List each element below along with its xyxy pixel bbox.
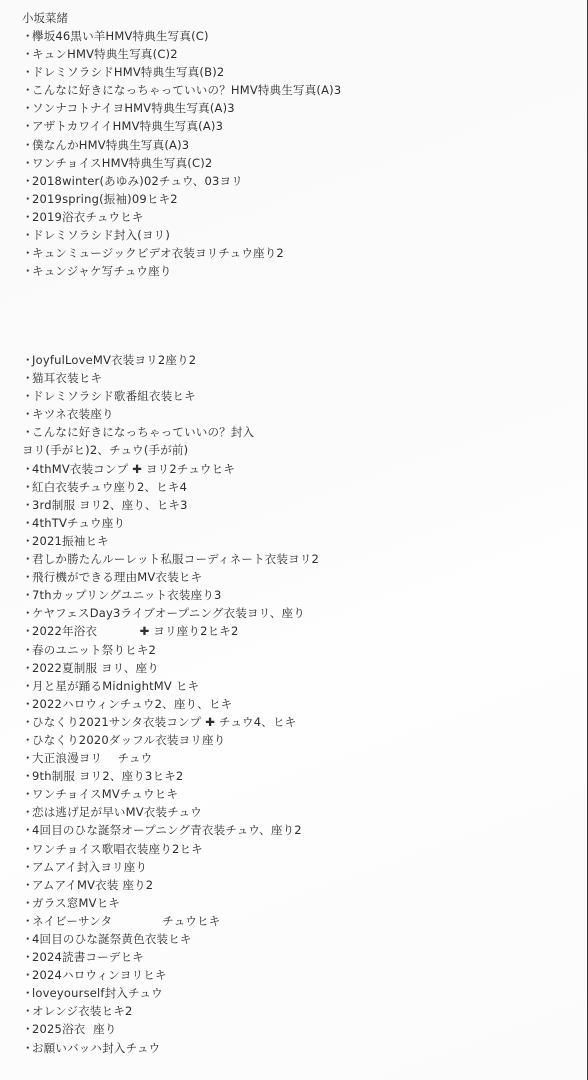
list-item: ・キツネ衣装座り	[22, 405, 319, 423]
list-item-text: アムアイ封入ヨリ座り	[32, 860, 147, 874]
list-item-text: 春のユニット祭りヒキ2	[32, 643, 156, 657]
list-item-text: オレンジ衣装ヒキ2	[32, 1004, 133, 1018]
bullet-icon: ・	[22, 858, 32, 876]
list-item: ・月と星が踊るMidnightMV ヒキ	[22, 677, 319, 695]
list-item: ・お願いバッハ封入チュウ	[22, 1039, 319, 1057]
bullet-icon: ・	[22, 460, 32, 478]
list-item: ・ドレミソラシドHMV特典生写真(B)2	[22, 63, 341, 81]
bullet-icon: ・	[22, 785, 32, 803]
list-item-text: 9th制服 ヨリ2、座り3ヒキ2	[32, 769, 183, 783]
list-item-text: 2022年浴衣 ✚ ヨリ座り2ヒキ2	[32, 624, 239, 638]
list-item: ・大正浪漫ヨリ チュウ	[22, 749, 319, 767]
list-item-text: ひなくり2021サンタ衣装コンプ ✚ チュウ4、ヒキ	[32, 715, 296, 729]
list-item: ・4回目のひな誕祭黄色衣装ヒキ	[22, 930, 319, 948]
list-item: ・4thTVチュウ座り	[22, 514, 319, 532]
list-item: ・ソンナコトナイヨHMV特典生写真(A)3	[22, 99, 341, 117]
list-item-text: 7thカップリングユニット衣装座り3	[32, 588, 222, 602]
list-item: ・2022ハロウィンチュウ2、座り、ヒキ	[22, 695, 319, 713]
bullet-icon: ・	[22, 677, 32, 695]
list-item: ・僕なんかHMV特典生写真(A)3	[22, 136, 341, 154]
list-item: ・2025浴衣 座り	[22, 1020, 319, 1038]
list-item-text: 君しか勝たんルーレット私服コーディネート衣装ヨリ2	[32, 552, 319, 566]
list-item-text: 2025浴衣 座り	[32, 1022, 117, 1036]
list-item: ・ドレミソラシド歌番組衣装ヒキ	[22, 387, 319, 405]
list-item-text: 4回目のひな誕祭黄色衣装ヒキ	[32, 932, 192, 946]
bullet-icon: ・	[22, 840, 32, 858]
list-item: ・2021振袖ヒキ	[22, 532, 319, 550]
bullet-icon: ・	[22, 1002, 32, 1020]
bullet-icon: ・	[22, 622, 32, 640]
list-item: ・loveyourself封入チュウ	[22, 984, 319, 1002]
bullet-icon: ・	[22, 172, 32, 190]
list-item: ・7thカップリングユニット衣装座り3	[22, 586, 319, 604]
list-item: ・ネイビーサンタ チュウヒキ	[22, 912, 319, 930]
list-item-text: ワンチョイスHMV特典生写真(C)2	[32, 156, 212, 170]
list-item-text: 3rd制服 ヨリ2、座り、ヒキ3	[32, 498, 188, 512]
list-item: ・2019spring(振袖)09ヒキ2	[22, 190, 341, 208]
list-item-text: ネイビーサンタ チュウヒキ	[32, 914, 220, 928]
list-item-text: ドレミソラシド封入(ヨリ)	[32, 228, 170, 242]
list-item-text: ワンチョイス歌唱衣装座り2ヒキ	[32, 842, 203, 856]
list-item-text: 2024ハロウィンヨリヒキ	[32, 968, 167, 982]
bullet-icon: ・	[22, 767, 32, 785]
list-item-text: 4thMV衣装コンプ ✚ ヨリ2チュウヒキ	[32, 462, 235, 476]
bullet-icon: ・	[22, 81, 32, 99]
list-item: ・JoyfulLoveMV衣装ヨリ2座り2	[22, 351, 319, 369]
bullet-icon: ・	[22, 387, 32, 405]
bullet-icon: ・	[22, 1039, 32, 1057]
bullet-icon: ・	[22, 1020, 32, 1038]
list-item-text: 2019浴衣チュウヒキ	[32, 210, 144, 224]
note-title: 小坂菜緒	[22, 9, 68, 27]
list-item-text: 2022ハロウィンチュウ2、座り、ヒキ	[32, 697, 232, 711]
bullet-icon: ・	[22, 586, 32, 604]
bullet-icon: ・	[22, 63, 32, 81]
bullet-icon: ・	[22, 749, 32, 767]
list-item: ・アムアイ封入ヨリ座り	[22, 858, 319, 876]
list-item-text: JoyfulLoveMV衣装ヨリ2座り2	[32, 353, 196, 367]
bullet-icon: ・	[22, 713, 32, 731]
list-item-text: 月と星が踊るMidnightMV ヒキ	[32, 679, 199, 693]
bullet-icon: ・	[22, 532, 32, 550]
list-item: ・9th制服 ヨリ2、座り3ヒキ2	[22, 767, 319, 785]
bullet-icon: ・	[22, 641, 32, 659]
bullet-icon: ・	[22, 876, 32, 894]
bullet-icon: ・	[22, 262, 32, 280]
bullet-icon: ・	[22, 695, 32, 713]
list-item-continuation: ・ヨリ(手がヒ)2、チュウ(手が前)	[22, 441, 319, 459]
list-item: ・キュンHMV特典生写真(C)2	[22, 45, 341, 63]
list-item: ・恋は逃げ足が早いMV衣装チュウ	[22, 803, 319, 821]
bullet-icon: ・	[22, 514, 32, 532]
list-item-text: ひなくり2020ダッフル衣装ヨリ座り	[32, 733, 225, 747]
list-item: ・飛行機ができる理由MV衣装ヒキ	[22, 568, 319, 586]
list-item: ・アザトカワイイHMV特典生写真(A)3	[22, 117, 341, 135]
bullet-icon: ・	[22, 948, 32, 966]
bullet-icon: ・	[22, 912, 32, 930]
list-item-text: キツネ衣装座り	[32, 407, 114, 421]
list-item: ・ひなくり2020ダッフル衣装ヨリ座り	[22, 731, 319, 749]
list-item: ・ワンチョイスMVチュウヒキ	[22, 785, 319, 803]
list-item: ・こんなに好きになっちゃっていいの？HMV特典生写真(A)3	[22, 81, 341, 99]
list-item: ・君しか勝たんルーレット私服コーディネート衣装ヨリ2	[22, 550, 319, 568]
list-block-2: ・JoyfulLoveMV衣装ヨリ2座り2・猫耳衣装ヒキ・ドレミソラシド歌番組衣…	[22, 351, 319, 1057]
list-item-text: 4thTVチュウ座り	[32, 516, 125, 530]
list-item-text: 4回目のひな誕祭オープニング青衣装チュウ、座り2	[32, 823, 302, 837]
list-item-text: こんなに好きになっちゃっていいの？HMV特典生写真(A)3	[32, 83, 341, 97]
list-item-text: 2022夏制服 ヨリ、座り	[32, 661, 159, 675]
bullet-icon: ・	[22, 208, 32, 226]
note-page: 小坂菜緒 ・欅坂46黒い羊HMV特典生写真(C) ・キュンHMV特典生写真(C)…	[0, 0, 587, 1080]
bullet-icon: ・	[22, 244, 32, 262]
list-item-text: 2018winter(あゆみ)02チュウ、03ヨリ	[32, 174, 243, 188]
list-item-text: ドレミソラシドHMV特典生写真(B)2	[32, 65, 224, 79]
bullet-icon: ・	[22, 659, 32, 677]
list-item-text: 2019spring(振袖)09ヒキ2	[32, 192, 178, 206]
bullet-icon: ・	[22, 190, 32, 208]
list-item: ・欅坂46黒い羊HMV特典生写真(C)	[22, 27, 341, 45]
bullet-icon: ・	[22, 99, 32, 117]
list-item: ・ワンチョイス歌唱衣装座り2ヒキ	[22, 840, 319, 858]
bullet-icon: ・	[22, 136, 32, 154]
list-item-text: ケヤフェスDay3ライブオープニング衣装ヨリ、座り	[32, 606, 305, 620]
list-item: ・ガラス窓MVヒキ	[22, 894, 319, 912]
list-item: ・2024読書コーデヒキ	[22, 948, 319, 966]
list-item-text: 2024読書コーデヒキ	[32, 950, 144, 964]
list-item-text: loveyourself封入チュウ	[32, 986, 163, 1000]
list-item: ・2019浴衣チュウヒキ	[22, 208, 341, 226]
bullet-icon: ・	[22, 405, 32, 423]
bullet-icon: ・	[22, 117, 32, 135]
list-item: ・アムアイMV衣装 座り2	[22, 876, 319, 894]
bullet-icon: ・	[22, 821, 32, 839]
list-item-text: 2021振袖ヒキ	[32, 534, 109, 548]
list-item-text: こんなに好きになっちゃっていいの？封入	[32, 425, 254, 439]
list-item-text: ガラス窓MVヒキ	[32, 896, 120, 910]
bullet-icon: ・	[22, 803, 32, 821]
bullet-icon: ・	[22, 154, 32, 172]
list-item-text: キュンHMV特典生写真(C)2	[32, 47, 178, 61]
list-item-text: 僕なんかHMV特典生写真(A)3	[32, 138, 189, 152]
list-item-text: ヨリ(手がヒ)2、チュウ(手が前)	[22, 443, 188, 457]
bullet-icon: ・	[22, 27, 32, 45]
list-item: ・ワンチョイスHMV特典生写真(C)2	[22, 154, 341, 172]
list-item: ・猫耳衣装ヒキ	[22, 369, 319, 387]
bullet-icon: ・	[22, 731, 32, 749]
bullet-icon: ・	[22, 550, 32, 568]
list-item: ・キュンジャケ写チュウ座り	[22, 262, 341, 280]
list-item: ・4thMV衣装コンプ ✚ ヨリ2チュウヒキ	[22, 460, 319, 478]
list-item-text: アムアイMV衣装 座り2	[32, 878, 153, 892]
list-item-text: 飛行機ができる理由MV衣装ヒキ	[32, 570, 202, 584]
list-item-text: 欅坂46黒い羊HMV特典生写真(C)	[32, 29, 209, 43]
bullet-icon: ・	[22, 984, 32, 1002]
list-item: ・4回目のひな誕祭オープニング青衣装チュウ、座り2	[22, 821, 319, 839]
list-item-text: ワンチョイスMVチュウヒキ	[32, 787, 178, 801]
list-block-1: ・欅坂46黒い羊HMV特典生写真(C) ・キュンHMV特典生写真(C)2 ・ドレ…	[22, 27, 341, 280]
list-item: ・キュンミュージックビデオ衣装ヨリチュウ座り2	[22, 244, 341, 262]
list-item-text: お願いバッハ封入チュウ	[32, 1041, 160, 1055]
bullet-icon: ・	[22, 496, 32, 514]
bullet-icon: ・	[22, 478, 32, 496]
bullet-icon: ・	[22, 894, 32, 912]
list-item: ・オレンジ衣装ヒキ2	[22, 1002, 319, 1020]
list-item-text: キュンジャケ写チュウ座り	[32, 264, 172, 278]
list-item-text: 恋は逃げ足が早いMV衣装チュウ	[32, 805, 202, 819]
bullet-icon: ・	[22, 604, 32, 622]
list-item: ・3rd制服 ヨリ2、座り、ヒキ3	[22, 496, 319, 514]
list-item-text: ソンナコトナイヨHMV特典生写真(A)3	[32, 101, 235, 115]
list-item-text: 大正浪漫ヨリ チュウ	[32, 751, 152, 765]
list-item: ・こんなに好きになっちゃっていいの？封入	[22, 423, 319, 441]
bullet-icon: ・	[22, 45, 32, 63]
bullet-icon: ・	[22, 568, 32, 586]
bullet-icon: ・	[22, 226, 32, 244]
list-item: ・ケヤフェスDay3ライブオープニング衣装ヨリ、座り	[22, 604, 319, 622]
list-item: ・2022夏制服 ヨリ、座り	[22, 659, 319, 677]
bullet-icon: ・	[22, 966, 32, 984]
list-item: ・紅白衣装チュウ座り2、ヒキ4	[22, 478, 319, 496]
list-item-text: 猫耳衣装ヒキ	[32, 371, 102, 385]
list-item: ・2024ハロウィンヨリヒキ	[22, 966, 319, 984]
bullet-icon: ・	[22, 351, 32, 369]
list-item: ・ドレミソラシド封入(ヨリ)	[22, 226, 341, 244]
bullet-icon: ・	[22, 369, 32, 387]
list-item-text: ドレミソラシド歌番組衣装ヒキ	[32, 389, 196, 403]
list-item-text: アザトカワイイHMV特典生写真(A)3	[32, 119, 223, 133]
list-item-text: キュンミュージックビデオ衣装ヨリチュウ座り2	[32, 246, 284, 260]
bullet-icon: ・	[22, 930, 32, 948]
list-item: ・春のユニット祭りヒキ2	[22, 641, 319, 659]
list-item: ・ひなくり2021サンタ衣装コンプ ✚ チュウ4、ヒキ	[22, 713, 319, 731]
list-item-text: 紅白衣装チュウ座り2、ヒキ4	[32, 480, 187, 494]
list-item: ・2022年浴衣 ✚ ヨリ座り2ヒキ2	[22, 622, 319, 640]
list-item: ・2018winter(あゆみ)02チュウ、03ヨリ	[22, 172, 341, 190]
bullet-icon: ・	[22, 423, 32, 441]
